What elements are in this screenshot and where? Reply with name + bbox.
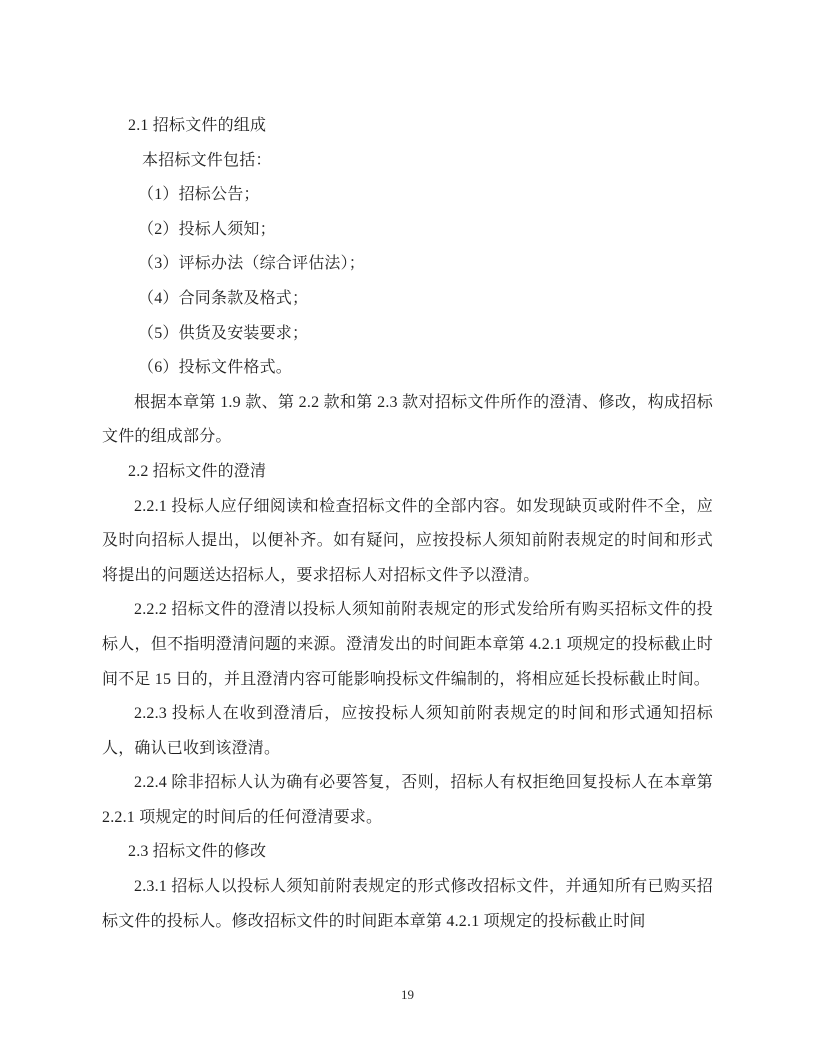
- paragraph: 本招标文件包括：: [102, 144, 713, 179]
- list-item: （6）投标文件格式。: [102, 351, 713, 386]
- document-body: 2.1 招标文件的组成本招标文件包括：（1）招标公告；（2）投标人须知；（3）评…: [102, 109, 713, 939]
- paragraph: 2.2.2 招标文件的澄清以投标人须知前附表规定的形式发给所有购买招标文件的投标…: [102, 593, 713, 697]
- paragraph: 2.3.1 招标人以投标人须知前附表规定的形式修改招标文件，并通知所有已购买招标…: [102, 870, 713, 939]
- paragraph: 2.2.1 投标人应仔细阅读和检查招标文件的全部内容。如发现缺页或附件不全，应及…: [102, 490, 713, 594]
- section-heading: 2.1 招标文件的组成: [102, 109, 713, 144]
- section-heading: 2.3 招标文件的修改: [102, 835, 713, 870]
- document-page: 2.1 招标文件的组成本招标文件包括：（1）招标公告；（2）投标人须知；（3）评…: [0, 0, 815, 1055]
- list-item: （2）投标人须知；: [102, 213, 713, 248]
- page-number: 19: [0, 986, 815, 1004]
- list-item: （1）招标公告；: [102, 178, 713, 213]
- list-item: （5）供货及安装要求；: [102, 317, 713, 352]
- list-item: （3）评标办法（综合评估法）；: [102, 247, 713, 282]
- list-item: （4）合同条款及格式；: [102, 282, 713, 317]
- paragraph: 2.2.4 除非招标人认为确有必要答复，否则，招标人有权拒绝回复投标人在本章第 …: [102, 766, 713, 835]
- paragraph: 2.2.3 投标人在收到澄清后，应按投标人须知前附表规定的时间和形式通知招标人，…: [102, 697, 713, 766]
- section-heading: 2.2 招标文件的澄清: [102, 455, 713, 490]
- paragraph: 根据本章第 1.9 款、第 2.2 款和第 2.3 款对招标文件所作的澄清、修改…: [102, 386, 713, 455]
